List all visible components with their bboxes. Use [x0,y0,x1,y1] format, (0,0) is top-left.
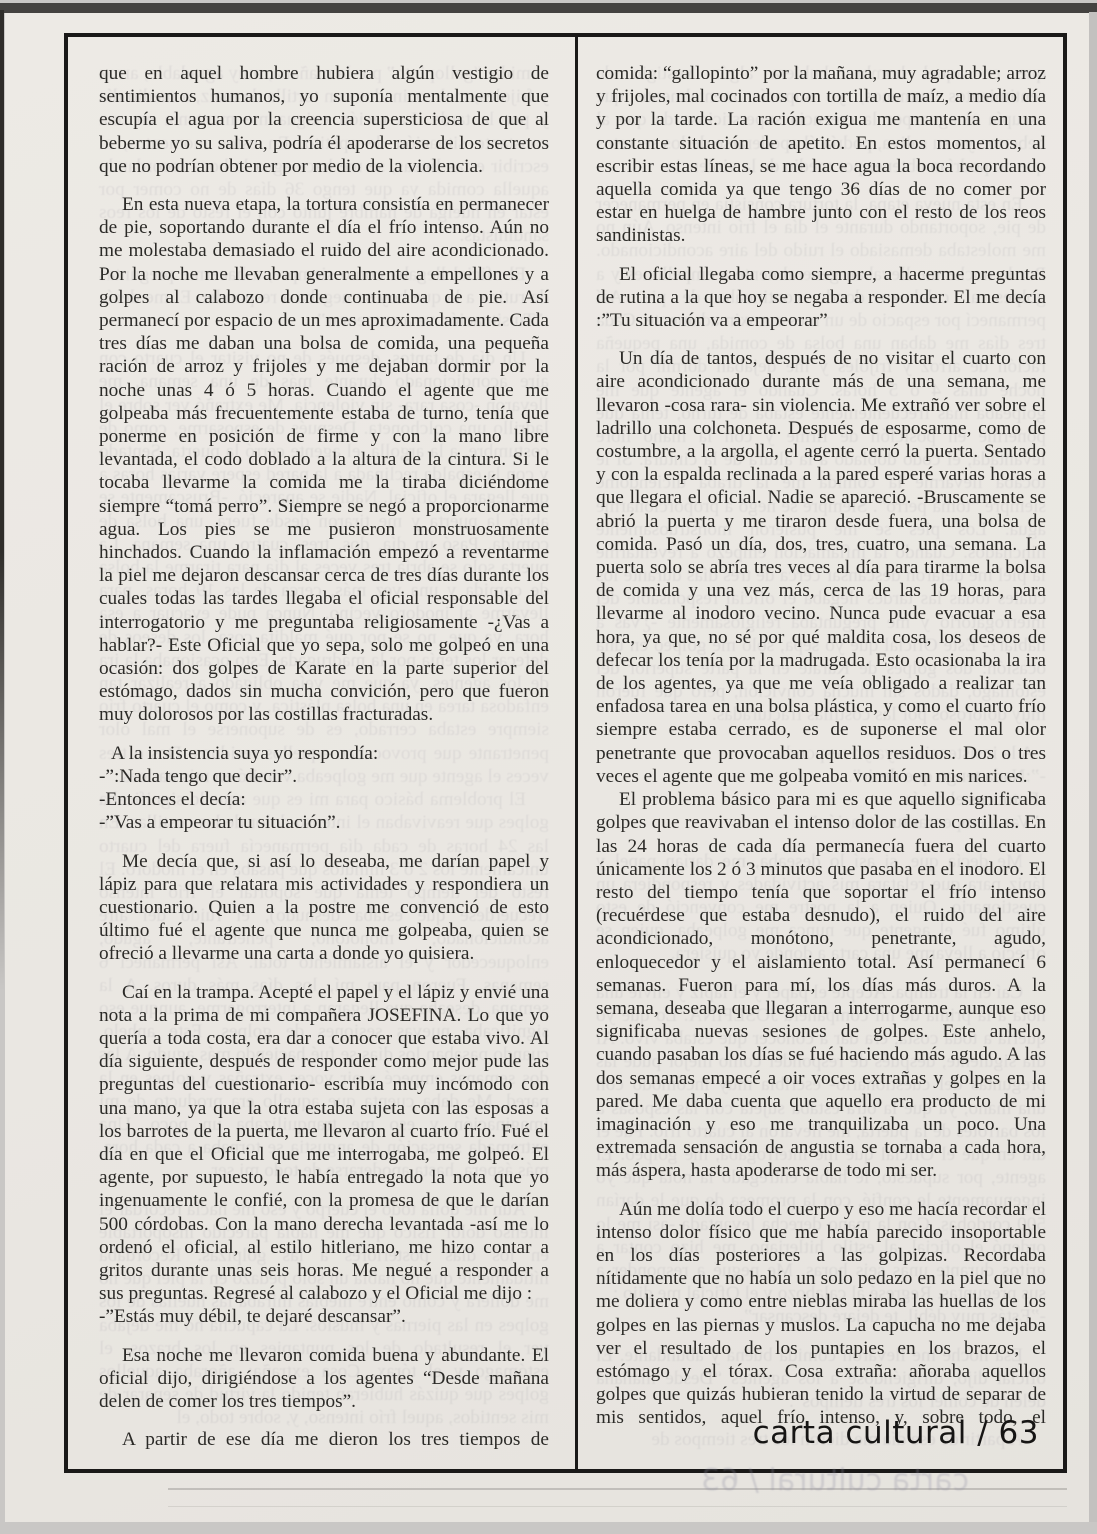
paragraph: Caí en la trampa. Acepté el papel y el l… [99,981,549,1306]
showthrough-rule-2 [168,1506,1067,1507]
paragraph: Aún me dolía todo el cuerpo y eso me hac… [596,1198,1046,1430]
scan-edge-top [0,3,1097,13]
paragraph: Esa noche me llevaron comida buena y abu… [99,1344,549,1414]
showthrough-rule-1 [168,1488,1067,1490]
paragraph: A partir de ese día me dieron los tres t… [99,1428,549,1451]
scan-edge-right [1089,12,1097,1522]
scan-edge-left [0,10,4,990]
paragraph: En esta nueva etapa, la tortura consistí… [99,193,549,727]
paragraph: Me decía que, si así lo deseaba, me darí… [99,850,549,966]
paragraph: Un día de tantos, después de no visitar … [596,347,1046,788]
page-footer: carta cultural / 63 [753,1415,1039,1451]
dialog-block: A la insistencia suya yo respondía:-”:Na… [99,742,549,835]
text-column-right: comida: “gallopinto” por la mañana, muy … [596,62,1046,1430]
paragraph: El problema básico para mi es que aquell… [596,788,1046,1182]
text-column-left: que en aquel hombre hubiera algún vestig… [99,62,549,1451]
paragraph: El oficial llegaba como siempre, a hacer… [596,263,1046,333]
paragraph: comida: “gallopinto” por la mañana, muy … [596,62,1046,248]
page-frame: comida: “gallopinto” por la mañana, muy … [64,33,1067,1473]
dialog-line: A la insistencia suya yo respondía: [99,742,549,765]
dialog-line: -Entonces el decía: [99,788,549,811]
dialog-line: -”:Nada tengo que decir”. [99,765,549,788]
scanned-page: { "document": { "language": "es", "foote… [0,0,1097,1534]
paragraph: que en aquel hombre hubiera algún vestig… [99,62,549,178]
paragraph: -”Estás muy débil, te dejaré descansar”. [99,1305,549,1328]
column-divider-rule [575,37,578,1469]
dialog-line: -”Vas a empeorar tu situación”. [99,811,549,834]
